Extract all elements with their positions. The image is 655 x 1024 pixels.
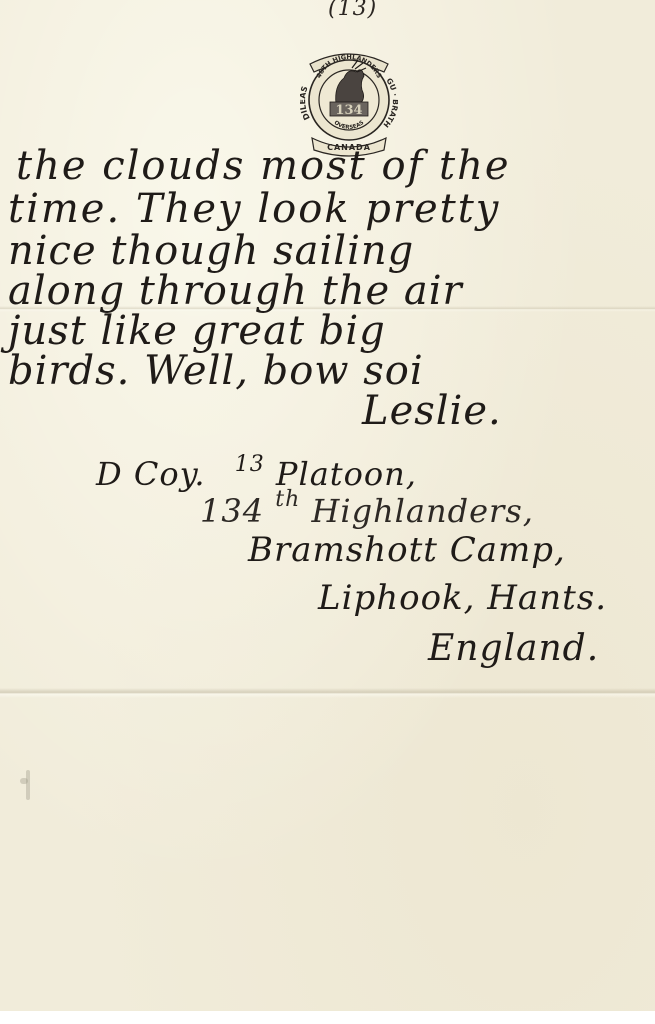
letter-line: the clouds most of the (16, 143, 511, 189)
paper-fold-line (0, 688, 655, 698)
address-country: England. (428, 628, 599, 669)
address-battalion-suffix: th (275, 487, 300, 512)
address-battalion-line: 134 th Highlanders, (200, 492, 534, 530)
address-battalion: Highlanders, (311, 492, 533, 530)
address-camp: Bramshott Camp, (248, 530, 566, 570)
signature: Leslie. (362, 388, 502, 434)
address-town: Liphook, Hants. (318, 578, 607, 618)
address-company: D Coy. (96, 455, 206, 493)
page-number: (13) (328, 0, 377, 21)
svg-text:134: 134 (335, 103, 362, 118)
address-platoon-number: 13 (235, 452, 265, 477)
address-company-line: D Coy. 13 Platoon, (96, 455, 417, 493)
paper-stain (26, 770, 30, 800)
letter-line: time. They look pretty (8, 186, 500, 232)
48th-highlanders-crest-icon: 48TH HIGHLANDERS DILEAS GU · BRATH 134 O… (300, 38, 398, 158)
paper-stain (20, 778, 28, 784)
address-battalion-number: 134 (200, 492, 264, 530)
letter-page: (13) 48TH HIGHLANDERS DILEAS GU · BRATH … (0, 0, 655, 1011)
